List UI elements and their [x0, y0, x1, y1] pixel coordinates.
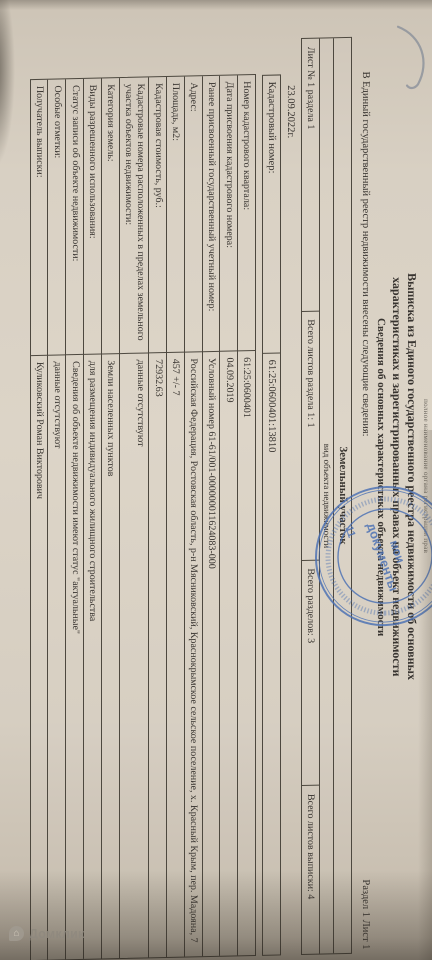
table-row: Ранее присвоенный государственный учетны… [202, 76, 220, 956]
stamp-number: 11 [342, 524, 357, 539]
row-value: 61:25:0600401 [238, 351, 255, 955]
row-label: Площадь, м2: [167, 77, 184, 353]
row-value: данные отсутствуют [120, 353, 149, 958]
table-row: Кадастровая стоимость, руб.:72932.63 [148, 77, 166, 957]
row-value: Российская Федерация, Ростовская область… [185, 352, 202, 956]
intro-text: В Единый государственный реестр недвижим… [360, 71, 371, 436]
document-page: полное наименование органа регистрации п… [0, 0, 432, 960]
cadastral-number-row: Кадастровый номер: 61:25:0600401:13810 [262, 74, 281, 955]
row-label: Ранее присвоенный государственный учетны… [203, 76, 220, 352]
domclick-logo-icon: ⌂ [9, 926, 24, 941]
table-row: Статус записи об объекте недвижимости:Св… [65, 79, 83, 959]
row-value: Условный номер 61-61/001-000000011624083… [203, 352, 220, 956]
row-label: Дата присвоения кадастрового номера: [220, 75, 237, 351]
table-row: Категория земель:Земли населенных пункто… [101, 78, 119, 958]
row-value: 04.09.2019 [220, 351, 237, 955]
section-sheet-label: Раздел 1 Лист 1 [360, 879, 371, 949]
cadastral-number-value: 61:25:0600401:13810 [263, 353, 280, 954]
table-row: Номер кадастрового квартала:61:25:060040… [237, 75, 255, 955]
table-row: Адрес:Российская Федерация, Ростовская о… [184, 76, 202, 956]
row-label: Особые отметки: [48, 79, 65, 355]
photo-of-document: полное наименование органа регистрации п… [0, 0, 432, 960]
document-subtitle: Сведения об основных характеристиках объ… [375, 1, 387, 953]
row-label: Виды разрешенного использования: [84, 79, 101, 355]
org-caption: полное наименование органа регистрации п… [422, 0, 430, 952]
row-label: Кадастровые номера расположенных в преде… [120, 77, 149, 354]
mfc-stamp: мои документы 11 [310, 479, 432, 632]
table-row: Особые отметки:данные отсутствуют [47, 79, 65, 959]
table-row: Получатель выписки:Куликовский Роман Вик… [31, 80, 48, 960]
row-label: Номер кадастрового квартала: [238, 75, 255, 351]
table-row: Виды разрешенного использования:для разм… [83, 79, 101, 959]
row-value: Куликовский Роман Викторович [31, 356, 48, 960]
sheet-counter-cell: Лист № 1 раздела 1 [302, 39, 319, 312]
row-label: Адрес: [185, 76, 202, 352]
sheet-counter-cell: Всего листов выписки: 4 [302, 786, 319, 954]
row-value: Земли населенных пунктов [102, 354, 119, 958]
table-row: Дата присвоения кадастрового номера:04.0… [219, 75, 237, 955]
document-title-text: Выписка из Единого государственного реес… [390, 226, 419, 727]
document-title: Выписка из Единого государственного реес… [390, 0, 419, 953]
table-row: Кадастровые номера расположенных в преде… [119, 77, 149, 958]
details-table: Номер кадастрового квартала:61:25:060040… [30, 74, 256, 960]
row-value: для размещения индивидуального жилищного… [84, 355, 101, 959]
row-value: данные отсутствуют [48, 355, 65, 959]
row-label: Кадастровая стоимость, руб.: [149, 77, 166, 353]
row-label: Категория земель: [102, 78, 119, 354]
cadastral-number-label: Кадастровый номер: [263, 75, 280, 353]
domclick-watermark: ⌂ Домклик [9, 926, 84, 941]
row-value: 457 +/- 7 [167, 353, 184, 957]
domclick-label: Домклик [29, 927, 84, 941]
table-row: Площадь, м2:457 +/- 7 [166, 77, 184, 957]
row-value: 72932.63 [149, 353, 166, 957]
row-value: Сведения об объекте недвижимости имеют с… [66, 355, 83, 959]
extract-date: 23.09.2022г. [285, 85, 296, 138]
row-label: Статус записи об объекте недвижимости: [66, 79, 83, 355]
row-label: Получатель выписки: [31, 80, 48, 356]
rotated-egrn-extract: полное наименование органа регистрации п… [0, 0, 432, 952]
